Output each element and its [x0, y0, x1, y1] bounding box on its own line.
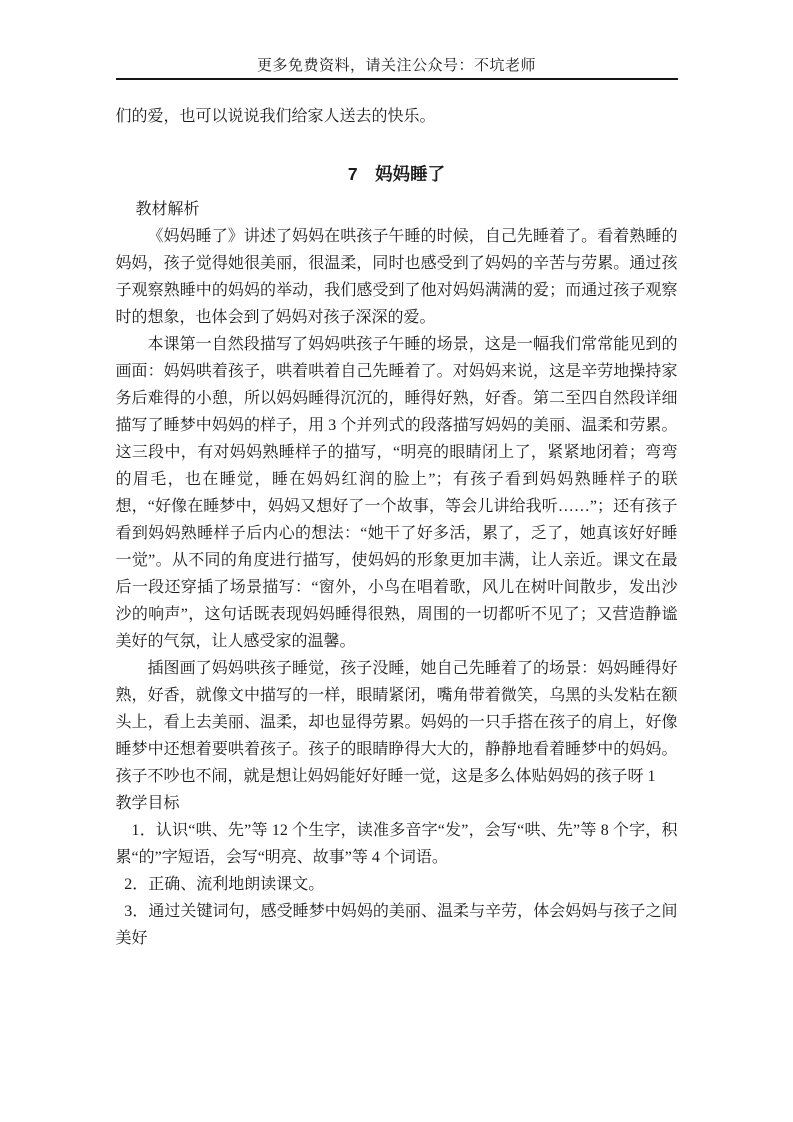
analysis-paragraph-2: 本课第一自然段描写了妈妈哄孩子午睡的场景，这是一幅我们常常能见到的画面：妈妈哄着…	[116, 331, 678, 655]
document-page: 更多免费资料，请关注公众号：不坑老师 们的爱，也可以说说我们给家人送去的快乐。 …	[0, 0, 793, 1122]
section-heading-textbook-analysis: 教材解析	[116, 196, 678, 223]
page-header: 更多免费资料，请关注公众号：不坑老师	[116, 0, 678, 80]
goal-item-3: 3．通过关键词句，感受睡梦中妈妈的美丽、温柔与辛劳，体会妈妈与孩子之间美好	[116, 898, 678, 952]
analysis-paragraph-3: 插图画了妈妈哄孩子睡觉，孩子没睡，她自己先睡着了的场景：妈妈睡得好熟，好香，就像…	[116, 655, 678, 790]
lesson-title: 7 妈妈睡了	[116, 161, 678, 188]
section-heading-teaching-goals: 教学目标	[116, 790, 678, 817]
document-body: 们的爱，也可以说说我们给家人送去的快乐。 7 妈妈睡了 教材解析 《妈妈睡了》讲…	[116, 103, 678, 952]
carryover-line: 们的爱，也可以说说我们给家人送去的快乐。	[116, 103, 678, 130]
analysis-paragraph-1: 《妈妈睡了》讲述了妈妈在哄孩子午睡的时候，自己先睡着了。看着熟睡的妈妈，孩子觉得…	[116, 223, 678, 331]
goal-item-2: 2．正确、流利地朗读课文。	[116, 871, 678, 898]
header-promo-text: 更多免费资料，请关注公众号：不坑老师	[116, 54, 678, 78]
goal-item-1: 1．认识“哄、先”等 12 个生字，读准多音字“发”，会写“哄、先”等 8 个字…	[116, 817, 678, 871]
